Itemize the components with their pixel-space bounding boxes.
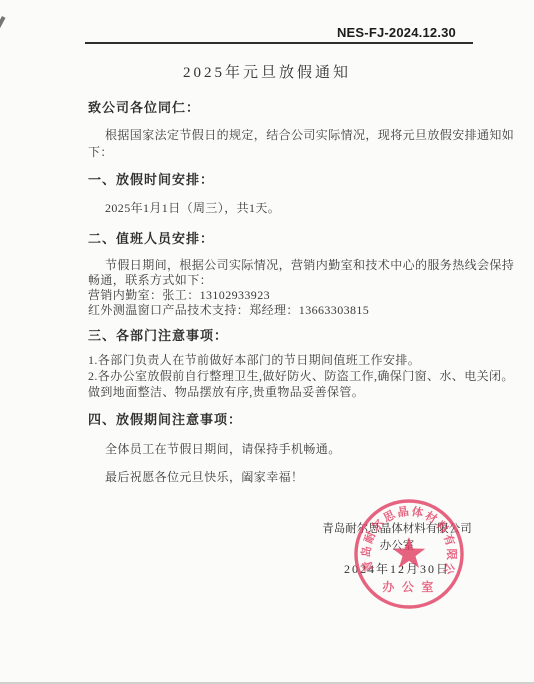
scanned-notice-page: NES-FJ-2024.12.30 2025年元旦放假通知 致公司各位同仁： 根…	[0, 0, 534, 684]
section-1-line: 2025年1月1日（周三），共1天。	[105, 201, 280, 216]
signature-department: 办公室	[322, 537, 472, 553]
section-3-line: 2.各办公室放假前自行整理卫生,做好防火、防盗工作,确保门窗、水、电关闭。	[88, 369, 514, 384]
section-3-line: 1.各部门负责人在节前做好本部门的节日期间值班工作安排。	[88, 353, 420, 368]
intro-line: 根据国家法定节假日的规定，结合公司实际情况，现将元旦放假安排通知如	[105, 128, 514, 143]
section-2-line: 节假日期间，根据公司实际情况，营销内勤室和技术中心的服务热线会保持	[105, 258, 514, 273]
section-2-heading: 二、值班人员安排：	[88, 231, 214, 246]
section-2-line: 畅通，联系方式如下：	[88, 273, 212, 288]
seal-ring	[356, 501, 462, 607]
document-code: NES-FJ-2024.12.30	[337, 25, 456, 40]
section-2-contact-line: 营销内勤室：张工：13102933923	[88, 288, 270, 303]
section-1-heading: 一、放假时间安排：	[88, 172, 214, 187]
section-4-line: 最后祝愿各位元旦快乐，阖家幸福！	[105, 470, 303, 485]
section-3-heading: 三、各部门注意事项：	[88, 328, 228, 343]
section-4-heading: 四、放假期间注意事项：	[88, 412, 242, 427]
signature-date: 2024年12月30日	[322, 560, 472, 577]
section-3-line: 做到地面整洁、物品摆放有序,贵重物品妥善保管。	[88, 385, 364, 400]
header-divider	[85, 42, 473, 44]
page-title: 2025年元旦放假通知	[0, 61, 534, 82]
scan-artifact-smudge	[0, 16, 6, 32]
section-2-contact-line: 红外测温窗口产品技术支持：郑经理：13663303815	[88, 303, 369, 318]
section-4-line: 全体员工在节假日期间，请保持手机畅通。	[105, 442, 341, 457]
company-seal-stamp: 青岛耐尔思晶体材料有限公司 办 公 室	[345, 497, 473, 611]
signature-company: 青岛耐尔思晶体材料有限公司	[322, 520, 472, 536]
intro-line: 下：	[88, 145, 113, 160]
salutation: 致公司各位同仁：	[88, 100, 200, 115]
seal-bottom-text: 办 公 室	[382, 579, 435, 594]
